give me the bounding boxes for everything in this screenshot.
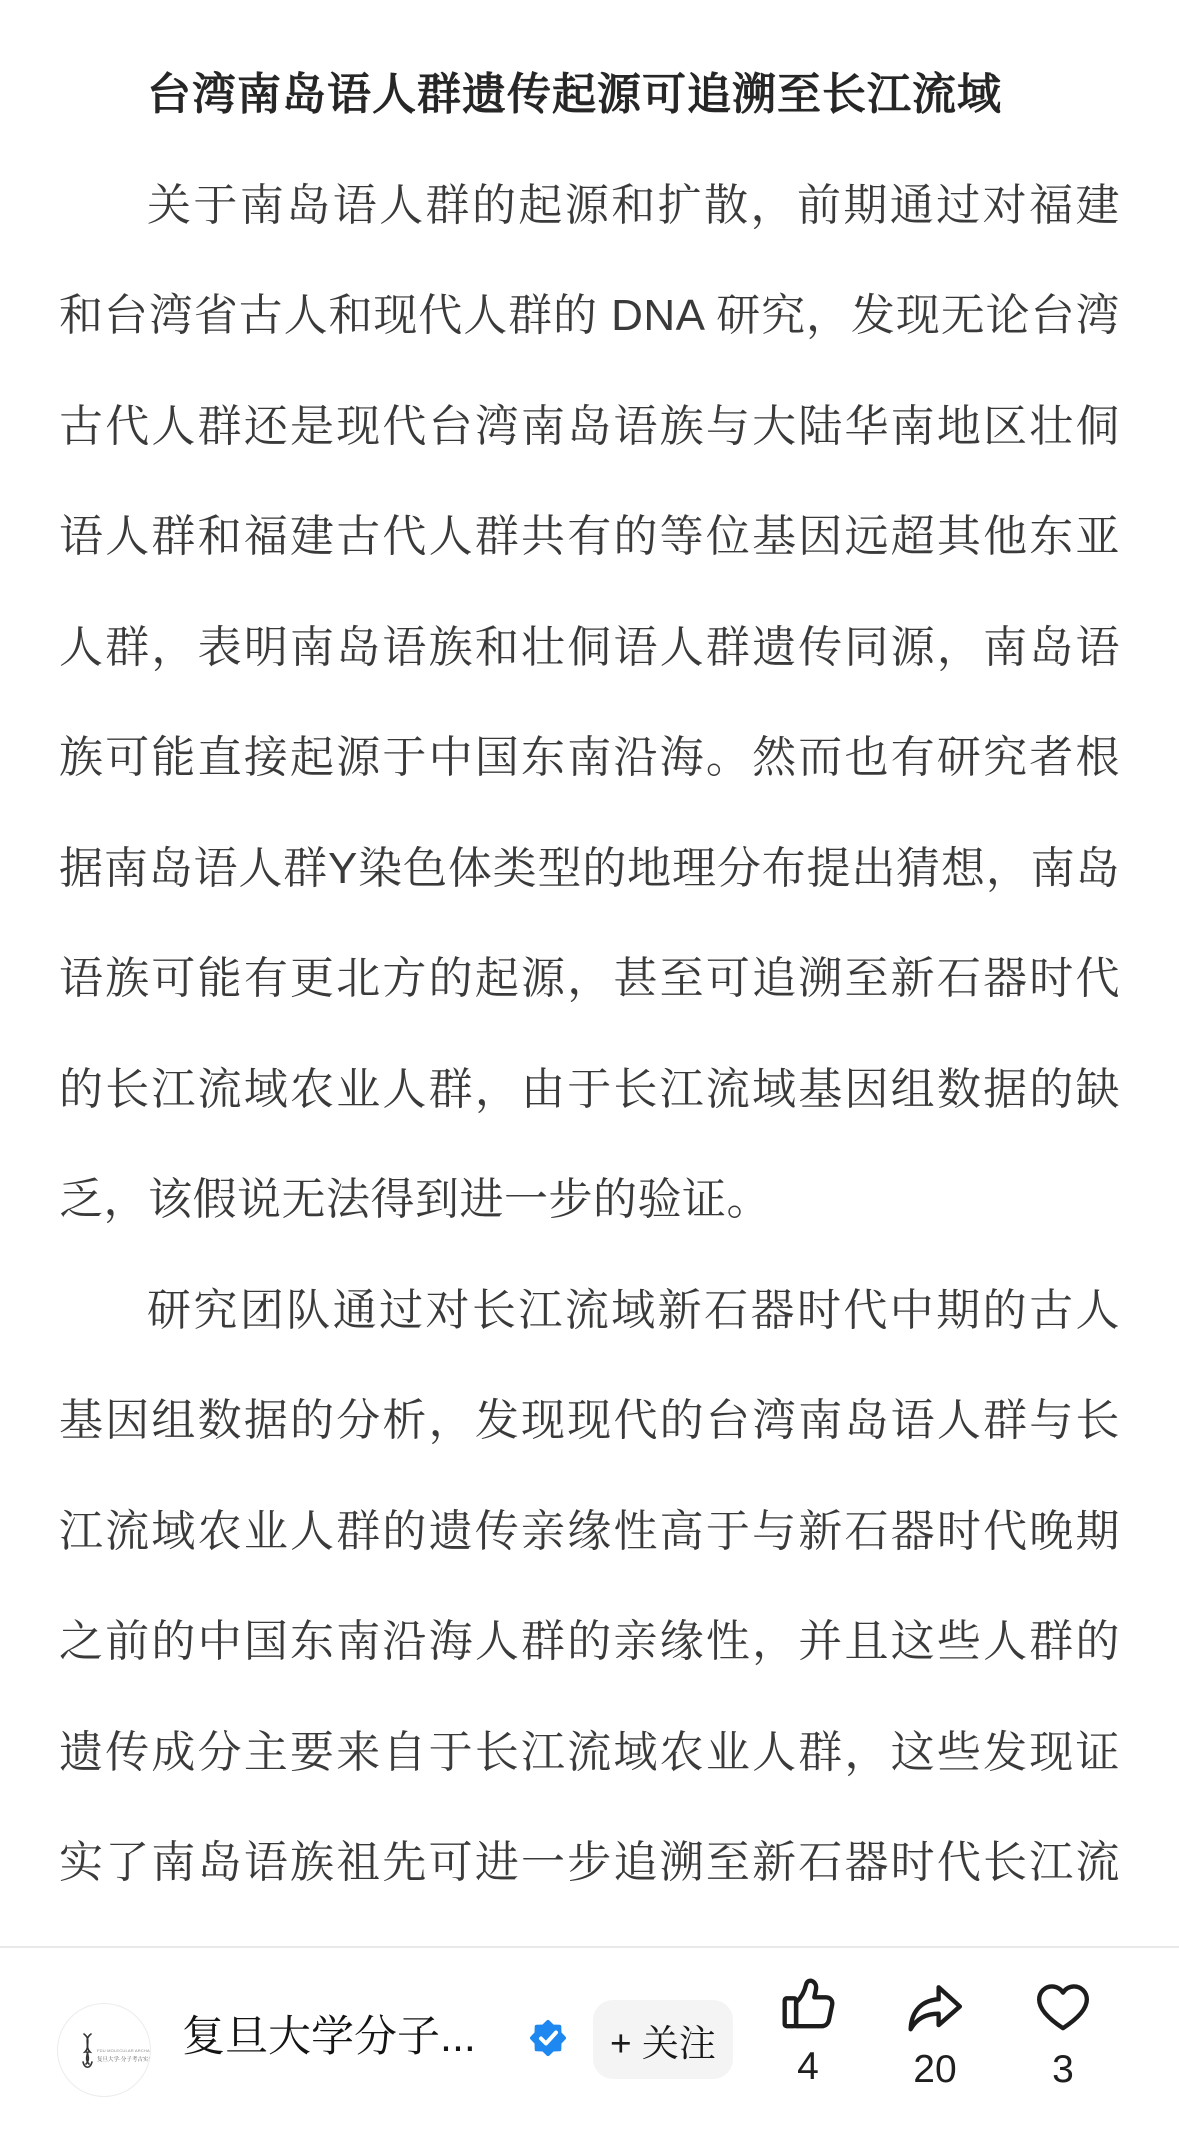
- thumbs-up-icon: [779, 1976, 837, 2034]
- like-button[interactable]: 4: [763, 1976, 853, 2088]
- share-arrow-icon: [906, 1979, 964, 2037]
- share-button[interactable]: 20: [890, 1979, 980, 2091]
- action-bar: 4 20 3: [0, 1948, 1179, 2146]
- article-body: 台湾南岛语人群遗传起源可追溯至长江流域 关于南岛语人群的起源和扩散，前期通过对福…: [0, 0, 1179, 2140]
- like-count: 4: [797, 2046, 819, 2088]
- article-paragraph-1: 关于南岛语人群的起源和扩散，前期通过对福建和台湾省古人和现代人群的 DNA 研究…: [59, 151, 1120, 1256]
- heart-count: 3: [1052, 2049, 1074, 2091]
- article-title: 台湾南岛语人群遗传起源可追溯至长江流域: [59, 40, 1120, 151]
- heart-button[interactable]: 3: [1018, 1979, 1108, 2091]
- author-footer-bar: FDU MOLECULAR ARCHAEOLOGY LAB 复旦大学·分子考古实…: [0, 1946, 1179, 2146]
- share-count: 20: [913, 2049, 956, 2091]
- heart-icon: [1034, 1979, 1092, 2037]
